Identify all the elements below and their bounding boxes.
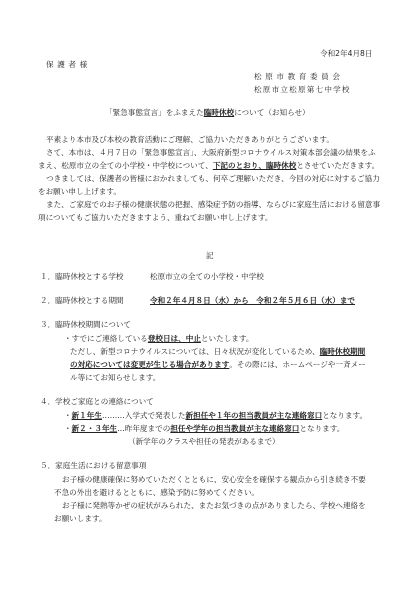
intro-paragraph-4-line-1: また、ご家庭でのお子様の健康状態の把握、感染症予防の指導、ならびに家庭生活におけ… <box>46 201 380 209</box>
item-3-text: 。その際には、ホームページや一斉メー <box>229 360 366 369</box>
item-4-emphasis: 新２・３年生 <box>72 424 118 433</box>
title-prefix: 「緊急事態宣言」をふまえた <box>105 108 204 117</box>
intro-text: まえ、松原市立の全ての小学校・中学校について、 <box>38 161 213 170</box>
title-suffix: について（お知らせ） <box>234 108 310 117</box>
item-4-line-3: （新学年のクラスや担任の発表があるまで） <box>128 438 280 446</box>
document-title: 「緊急事態宣言」をふまえた臨時休校について（お知らせ） <box>105 109 310 117</box>
intro-paragraph-4-line-2: 項についてもご協力いただきますよう、重ねてお願い申し上げます。 <box>38 214 272 222</box>
item-4-text: となります。 <box>299 424 344 433</box>
intro-paragraph-1: 平素より本市及び本校の教育活動にご理解、ご協力いただきありがとうございます。 <box>46 136 334 144</box>
title-emphasis: 臨時休校 <box>204 108 234 117</box>
item-4-label: ４．学校ご家庭との連絡について <box>40 398 154 406</box>
intro-emphasis: 下記のとおり、臨時休校 <box>213 161 297 170</box>
item-4-text: ………入学式で発表した <box>102 411 186 420</box>
intro-text: とさせていただきます。 <box>296 161 379 170</box>
intro-paragraph-3-line-2: をお願い申し上げます。 <box>38 188 121 196</box>
item-3-emphasis: 臨時休校期間 <box>320 347 366 356</box>
item-5-paragraph-2-line-1: お子様に発熱等かぜの症状がみられた、またお気づきの点がありましたら、学校へ連絡を <box>62 502 366 510</box>
addressee: 保護者様 <box>46 61 91 69</box>
item-4-emphasis: 担任や学年の担当教員が主な連絡窓口 <box>170 424 299 433</box>
item-3-text: ・すでにご連絡している <box>64 334 148 343</box>
item-2-label: ２．臨時休校とする期間 <box>40 297 124 305</box>
item-4-text: …昨年度までの <box>117 424 170 433</box>
sender-school: 松原市立松原第七中学校 <box>254 86 351 94</box>
document-date: 令和2年4月8日 <box>320 50 372 58</box>
item-3-line-1: ・すでにご連絡している登校日は、中止といたします。 <box>64 335 253 343</box>
item-5-label: ５．家庭生活における留意事項 <box>40 462 146 470</box>
item-3-line-4: ル等にてお知らせします。 <box>70 374 160 382</box>
item-1-value: 松原市立の全ての小学校・中学校 <box>150 273 264 281</box>
item-3-text: ただし、新型コロナウイルスについては、日々状況が変化しているため、 <box>70 347 320 356</box>
item-4-line-1: ・新１年生………入学式で発表した新担任や１年の担当教員が主な連絡窓口となります。 <box>64 412 367 420</box>
item-3-line-2: ただし、新型コロナウイルスについては、日々状況が変化しているため、臨時休校期間 <box>70 348 365 356</box>
item-4-emphasis: 新１年生 <box>72 411 102 420</box>
item-5-paragraph-1-line-2: 不急の外出を避けるとともに、感染予防に努めてください。 <box>54 489 259 497</box>
item-3-label: ３．臨時休校期間について <box>40 321 131 329</box>
item-5-paragraph-1-line-1: お子様の健康確保に努めていただくとともに、安心安全を確保する観点から引き続き不要 <box>62 476 366 484</box>
item-3-emphasis: の対応については変更が生じる場合があります <box>70 360 229 369</box>
item-4-line-2: ・新２・３年生…昨年度までの担任や学年の担当教員が主な連絡窓口となります。 <box>64 425 344 433</box>
sender-org: 松原市教育委員会 <box>254 73 344 81</box>
item-4-emphasis: 新担任や１年の担当教員が主な連絡窓口 <box>186 411 323 420</box>
intro-paragraph-2-line-2: まえ、松原市立の全ての小学校・中学校について、下記のとおり、臨時休校とさせていた… <box>38 162 379 170</box>
item-3-emphasis: 登校日は、中止 <box>148 334 201 343</box>
item-1-label: １．臨時休校とする学校 <box>40 273 124 281</box>
item-3-text: といたします。 <box>201 334 254 343</box>
intro-paragraph-2-line-1: さて、本市は、４月７日の「緊急事態宣言」、大阪府新型コロナウイルス対策本部会議の… <box>46 149 376 157</box>
item-4-text: となります。 <box>322 411 367 420</box>
item-5-paragraph-2-line-2: お願いします。 <box>54 515 107 523</box>
item-3-line-3: の対応については変更が生じる場合があります。その際には、ホームページや一斉メー <box>70 361 366 369</box>
intro-paragraph-3-line-1: つきましては、保護者の皆様におかれましても、何卒ご理解いただき、今回の対応に対す… <box>46 175 380 183</box>
ki-marker: 記 <box>206 252 214 260</box>
item-2-value: 令和２年４月８日（水）から 令和２年５月６日（水）まで <box>150 297 355 305</box>
